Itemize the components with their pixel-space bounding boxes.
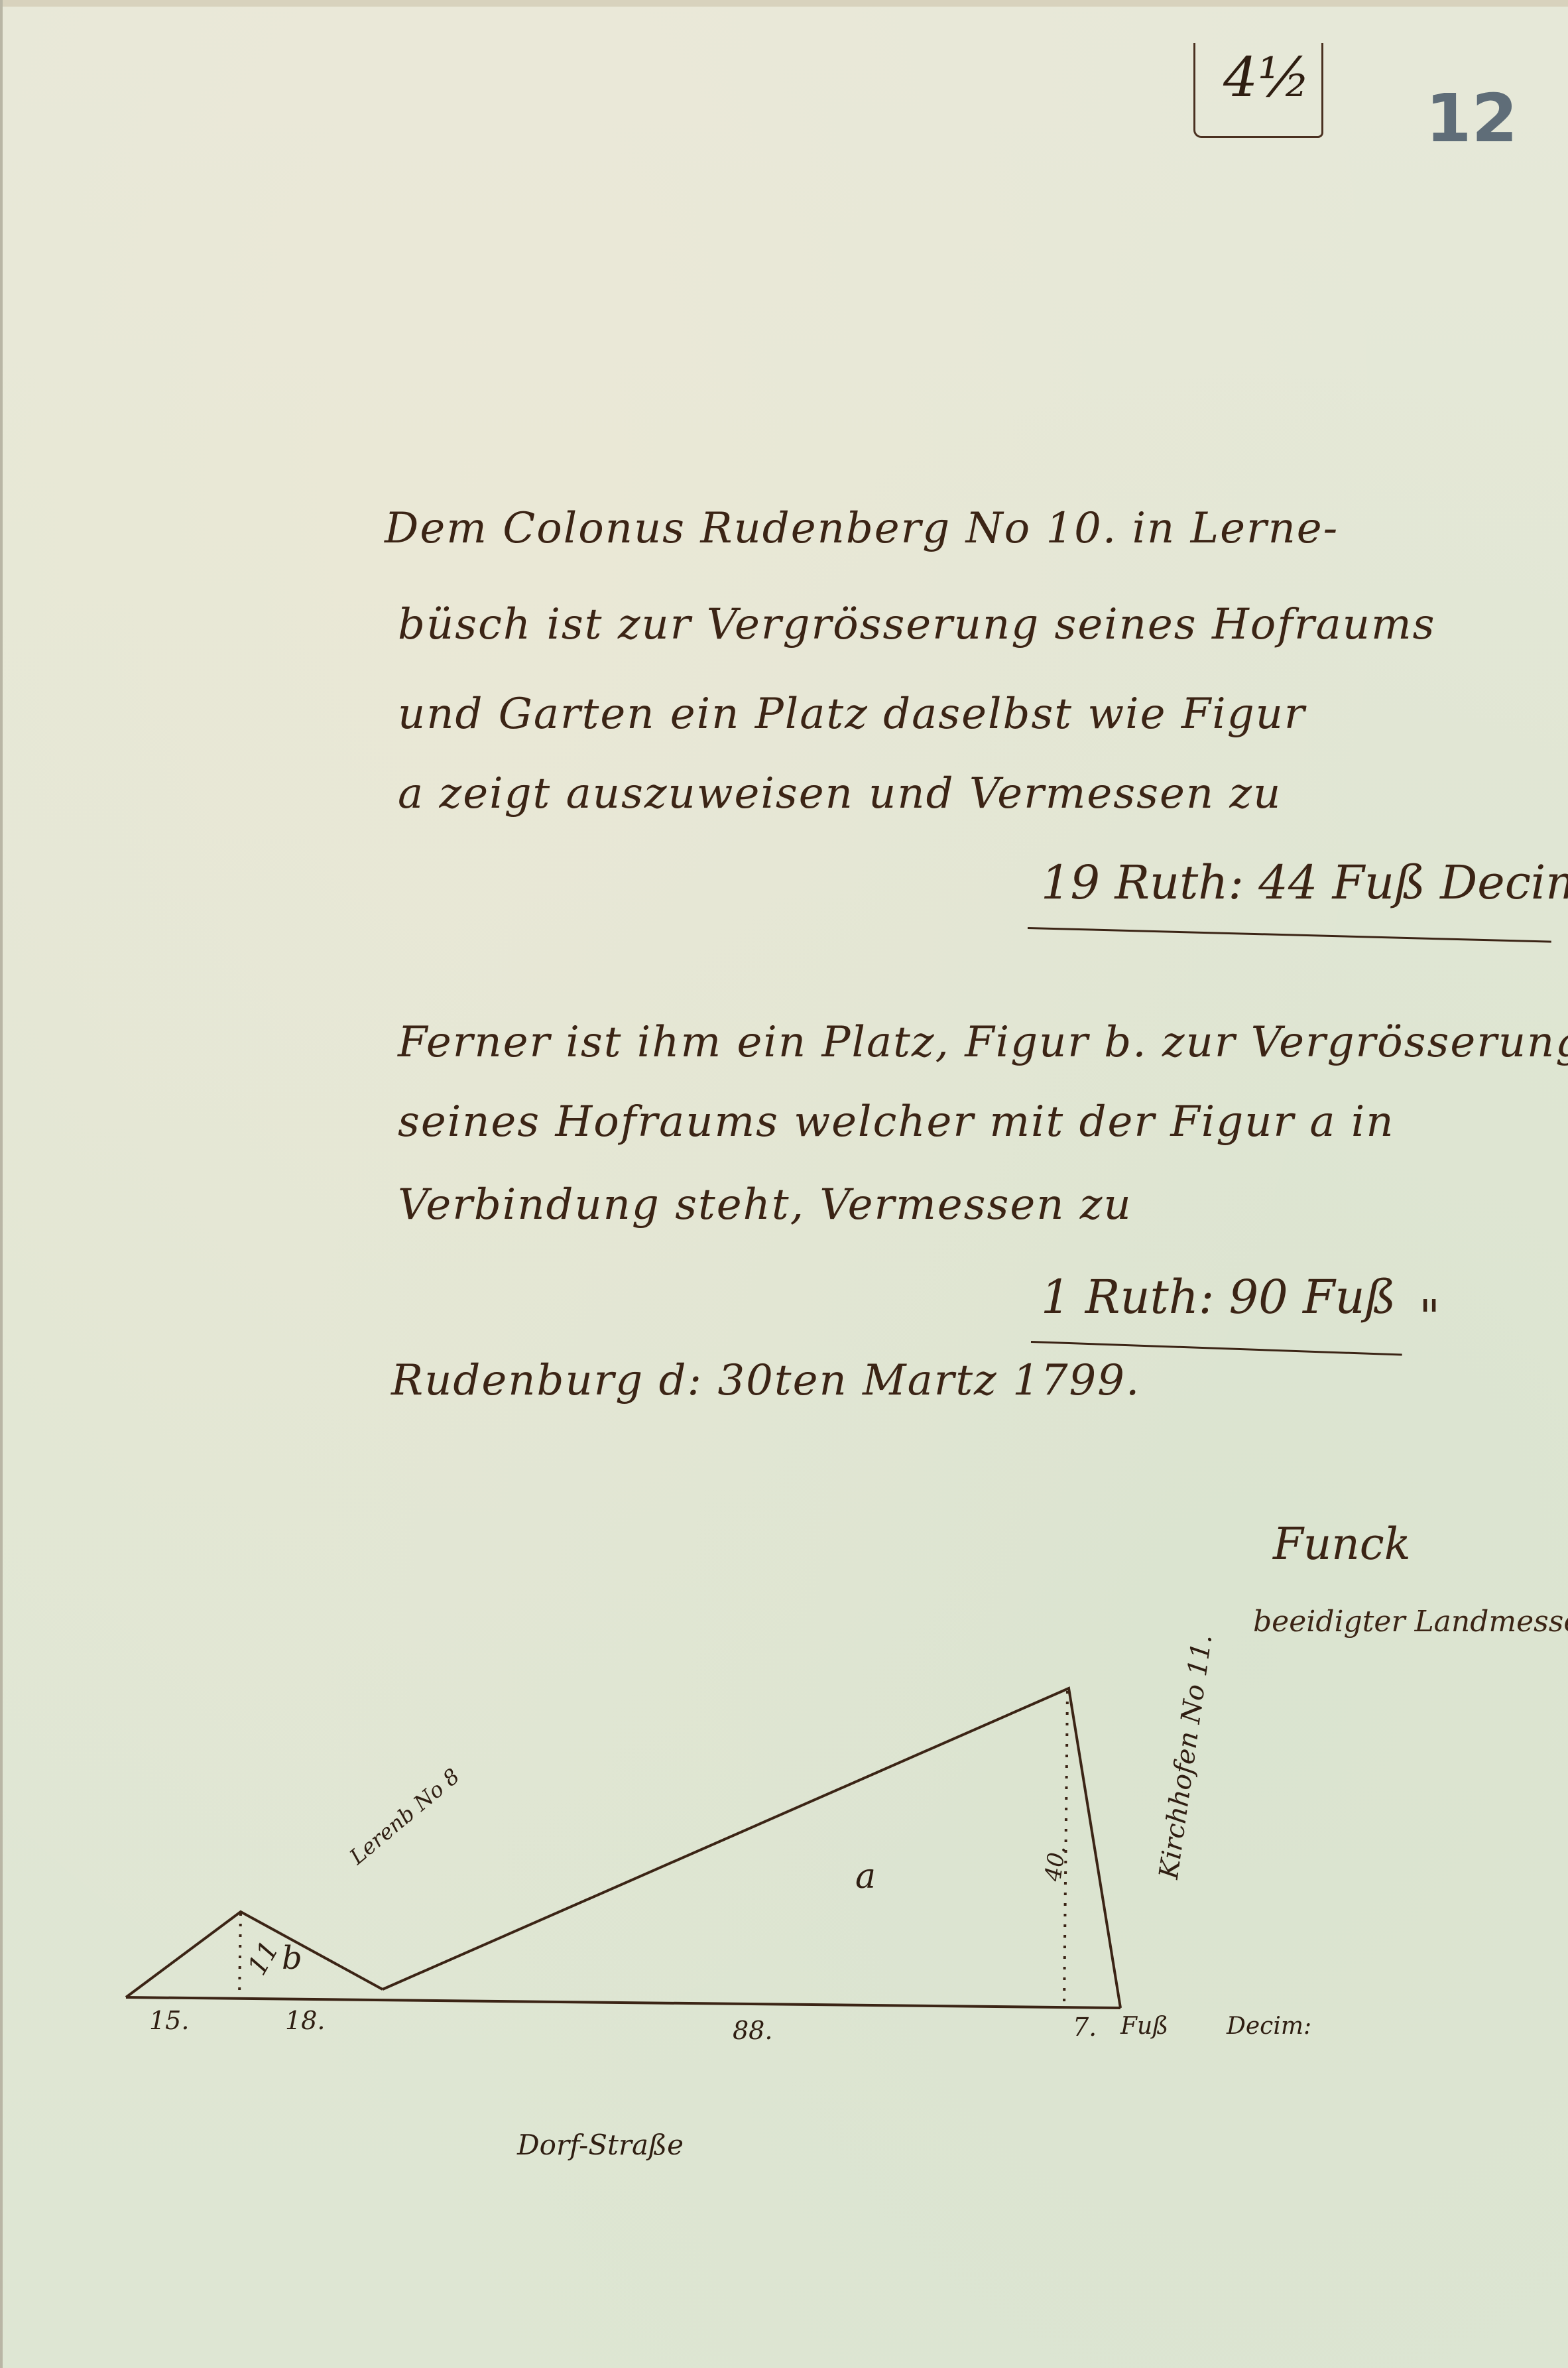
page-top-edge	[0, 0, 1568, 7]
unit-note: Decim:	[1227, 2013, 1311, 2040]
survey-sketch	[0, 1658, 1568, 2122]
base-segment-1: 15.	[149, 2006, 189, 2035]
body-line-1: Dem Colonus Rudenberg No 10. in Lerne-	[385, 504, 1339, 553]
base-segment-4: 7.	[1073, 2013, 1097, 2042]
figure-b-label: b	[282, 1940, 302, 1977]
base-line	[126, 1997, 1120, 2008]
place-date: Rudenburg d: 30ten Martz 1799.	[391, 1356, 1140, 1405]
archive-number: 4½	[1223, 46, 1311, 109]
figure-a-label: a	[855, 1857, 876, 1897]
base-segment-2: 18.	[285, 2006, 325, 2035]
pencil-folio-number: 12	[1425, 80, 1518, 157]
body-line-5: Ferner ist ihm ein Platz, Figur b. zur V…	[398, 1018, 1568, 1067]
ditto-mark: "	[1419, 1290, 1440, 1344]
road-label: Dorf-Straße	[517, 2129, 684, 2161]
signature-name: Funck	[1273, 1519, 1411, 1570]
body-line-4: a zeigt auszuweisen und Vermessen zu	[398, 769, 1282, 818]
body-line-2: büsch ist zur Vergrösserung seines Hofra…	[398, 600, 1436, 649]
body-line-3: und Garten ein Platz daselbst wie Figur	[398, 690, 1305, 739]
figure-b-area: 1 Ruth: 90 Fuß	[1041, 1270, 1396, 1324]
base-segment-3: 88.	[733, 2016, 772, 2045]
signature-title: beeidigter Landmesser	[1253, 1605, 1568, 1639]
body-line-7: Verbindung steht, Vermessen zu	[398, 1180, 1132, 1229]
figure-b-height	[239, 1913, 241, 1997]
figure-a-height-label: 40.	[1040, 1843, 1071, 1883]
figure-a-area: 19 Ruth: 44 Fuß Decimal	[1041, 855, 1568, 910]
unit-label: Fuß	[1120, 2013, 1168, 2040]
body-line-6: seines Hofraums welcher mit der Figur a …	[398, 1097, 1395, 1147]
figure-a-outline	[383, 1688, 1120, 2008]
